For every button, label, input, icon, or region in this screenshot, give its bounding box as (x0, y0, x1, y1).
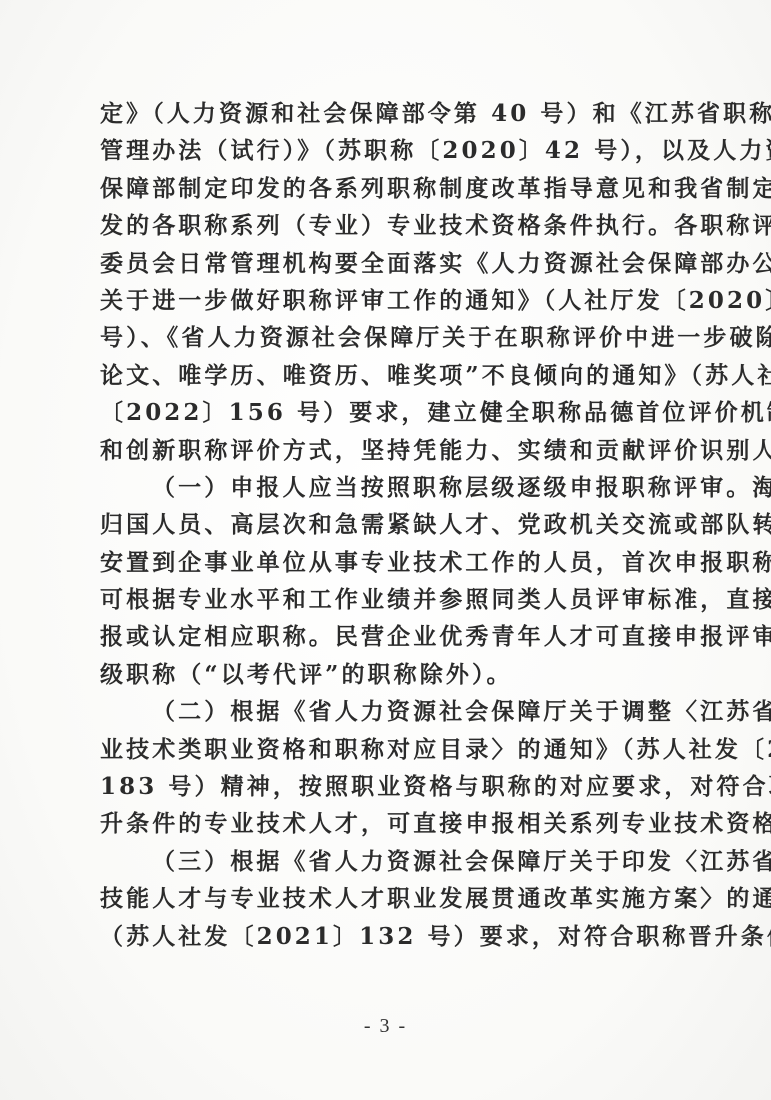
text-line: （三）根据《省人力资源社会保障厅关于印发〈江苏省高 (100, 843, 680, 880)
text-line: 保障部制定印发的各系列职称制度改革指导意见和我省制定印 (100, 170, 680, 207)
text-line: 论文、唯学历、唯资历、唯奖项”不良倾向的通知》（苏人社发 (100, 357, 680, 394)
text-line: 可根据专业水平和工作业绩并参照同类人员评审标准，直接申 (100, 581, 680, 618)
text-line: 183 号）精神，按照职业资格与职称的对应要求，对符合职称晋 (100, 768, 680, 805)
text-line: 归国人员、高层次和急需紧缺人才、党政机关交流或部队转业 (100, 506, 680, 543)
text-line: 业技术类职业资格和职称对应目录〉的通知》（苏人社发〔2019〕 (100, 731, 680, 768)
text-line: （一）申报人应当按照职称层级逐级申报职称评审。海外 (100, 469, 680, 506)
text-line: 报或认定相应职称。民营企业优秀青年人才可直接申报评审中 (100, 618, 680, 655)
text-line: 发的各职称系列（专业）专业技术资格条件执行。各职称评审 (100, 207, 680, 244)
text-line: （二）根据《省人力资源社会保障厅关于调整〈江苏省专 (100, 693, 680, 730)
paragraph-intro-continued: 定》（人力资源和社会保障部令第 40 号）和《江苏省职称评审 管理办法（试行）》… (100, 95, 680, 469)
text-line: （苏人社发〔2021〕132 号）要求，对符合职称晋升条件的高技 (100, 918, 680, 955)
paragraph-item-2: （二）根据《省人力资源社会保障厅关于调整〈江苏省专 业技术类职业资格和职称对应目… (100, 693, 680, 843)
paragraph-item-3: （三）根据《省人力资源社会保障厅关于印发〈江苏省高 技能人才与专业技术人才职业发… (100, 843, 680, 955)
text-line: 安置到企事业单位从事专业技术工作的人员，首次申报职称时 (100, 544, 680, 581)
paragraph-item-1: （一）申报人应当按照职称层级逐级申报职称评审。海外 归国人员、高层次和急需紧缺人… (100, 469, 680, 693)
text-line: 和创新职称评价方式，坚持凭能力、实绩和贡献评价识别人才。 (100, 432, 680, 469)
text-line: 定》（人力资源和社会保障部令第 40 号）和《江苏省职称评审 (100, 95, 680, 132)
document-body: 定》（人力资源和社会保障部令第 40 号）和《江苏省职称评审 管理办法（试行）》… (100, 95, 680, 955)
text-line: 〔2022〕156 号）要求，建立健全职称品德首位评价机制，改进 (100, 394, 680, 431)
text-line: 升条件的专业技术人才，可直接申报相关系列专业技术资格。 (100, 805, 680, 842)
text-line: 级职称（“以考代评”的职称除外）。 (100, 656, 680, 693)
document-page: 定》（人力资源和社会保障部令第 40 号）和《江苏省职称评审 管理办法（试行）》… (0, 0, 771, 1100)
text-line: 号）、《省人力资源社会保障厅关于在职称评价中进一步破除“唯 (100, 319, 680, 356)
text-line: 委员会日常管理机构要全面落实《人力资源社会保障部办公厅 (100, 245, 680, 282)
text-line: 关于进一步做好职称评审工作的通知》（人社厅发〔2020〕60 (100, 282, 680, 319)
page-number: - 3 - (0, 1015, 771, 1038)
text-line: 技能人才与专业技术人才职业发展贯通改革实施方案〉的通知》 (100, 880, 680, 917)
text-line: 管理办法（试行）》（苏职称〔2020〕42 号），以及人力资源社会 (100, 132, 680, 169)
